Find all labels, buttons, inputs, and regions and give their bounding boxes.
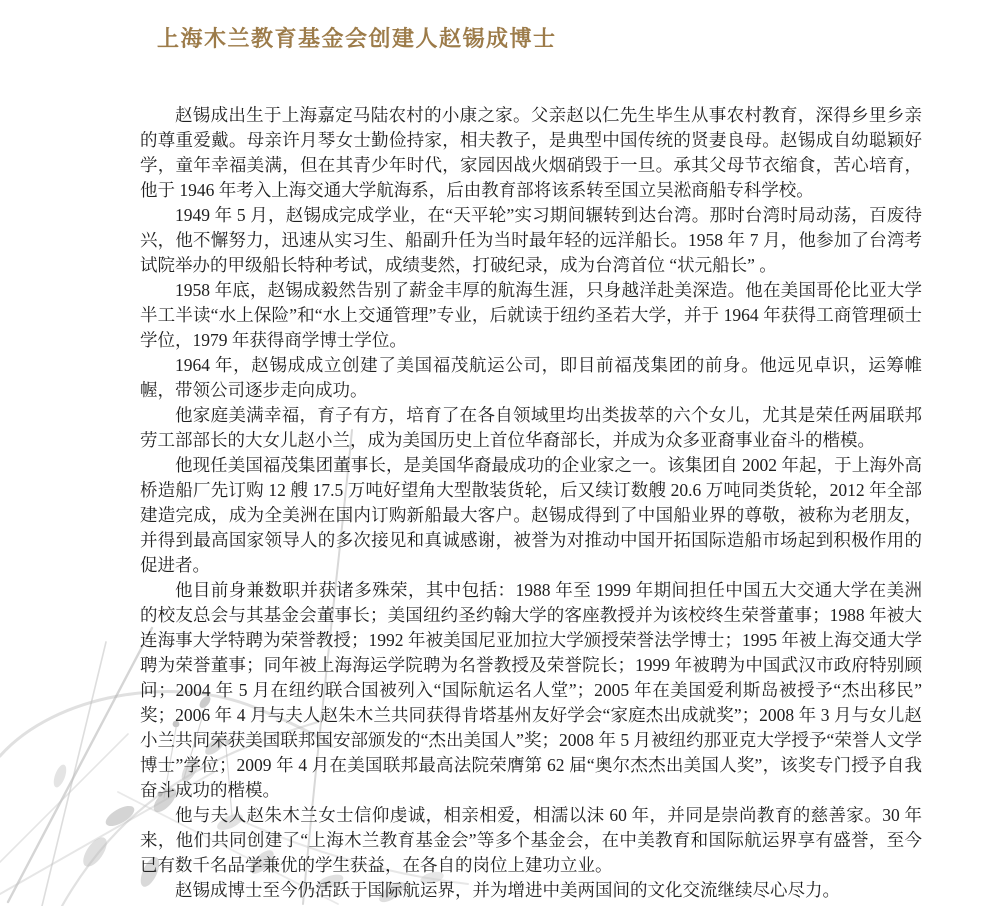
document-page: 上海木兰教育基金会创建人赵锡成博士 赵锡成出生于上海嘉定马陆农村的小康之家。父亲… (0, 0, 1000, 906)
paragraph-taiwan-captain: 1949 年 5 月，赵锡成完成学业，在“天平轮”实习期间辗转到达台湾。那时台湾… (140, 203, 922, 278)
paragraph-honors: 他目前身兼数职并获诸多殊荣，其中包括：1988 年至 1999 年期间担任中国五… (140, 578, 922, 803)
paragraph-us-studies: 1958 年底，赵锡成毅然告别了薪金丰厚的航海生涯，只身越洋赴美深造。他在美国哥… (140, 278, 922, 353)
paragraph-closing: 赵锡成博士至今仍活跃于国际航运界，并为增进中美两国间的文化交流继续尽心尽力。 (140, 878, 922, 903)
paragraph-shipbuilding: 他现任美国福茂集团董事长，是美国华裔最成功的企业家之一。该集团自 2002 年起… (140, 453, 922, 578)
paragraph-foundation: 他与夫人赵朱木兰女士信仰虔诚，相亲相爱，相濡以沫 60 年，并同是崇尚教育的慈善… (140, 803, 922, 878)
paragraph-foremost-group: 1964 年，赵锡成成立创建了美国福茂航运公司，即目前福茂集团的前身。他远见卓识… (140, 353, 922, 403)
paragraph-family-daughters: 他家庭美满幸福，育子有方，培育了在各自领域里均出类拔萃的六个女儿，尤其是荣任两届… (140, 403, 922, 453)
article-body: 赵锡成出生于上海嘉定马陆农村的小康之家。父亲赵以仁先生毕生从事农村教育，深得乡里… (140, 103, 922, 903)
page-title: 上海木兰教育基金会创建人赵锡成博士 (157, 22, 557, 53)
paragraph-birth-family: 赵锡成出生于上海嘉定马陆农村的小康之家。父亲赵以仁先生毕生从事农村教育，深得乡里… (140, 103, 922, 203)
